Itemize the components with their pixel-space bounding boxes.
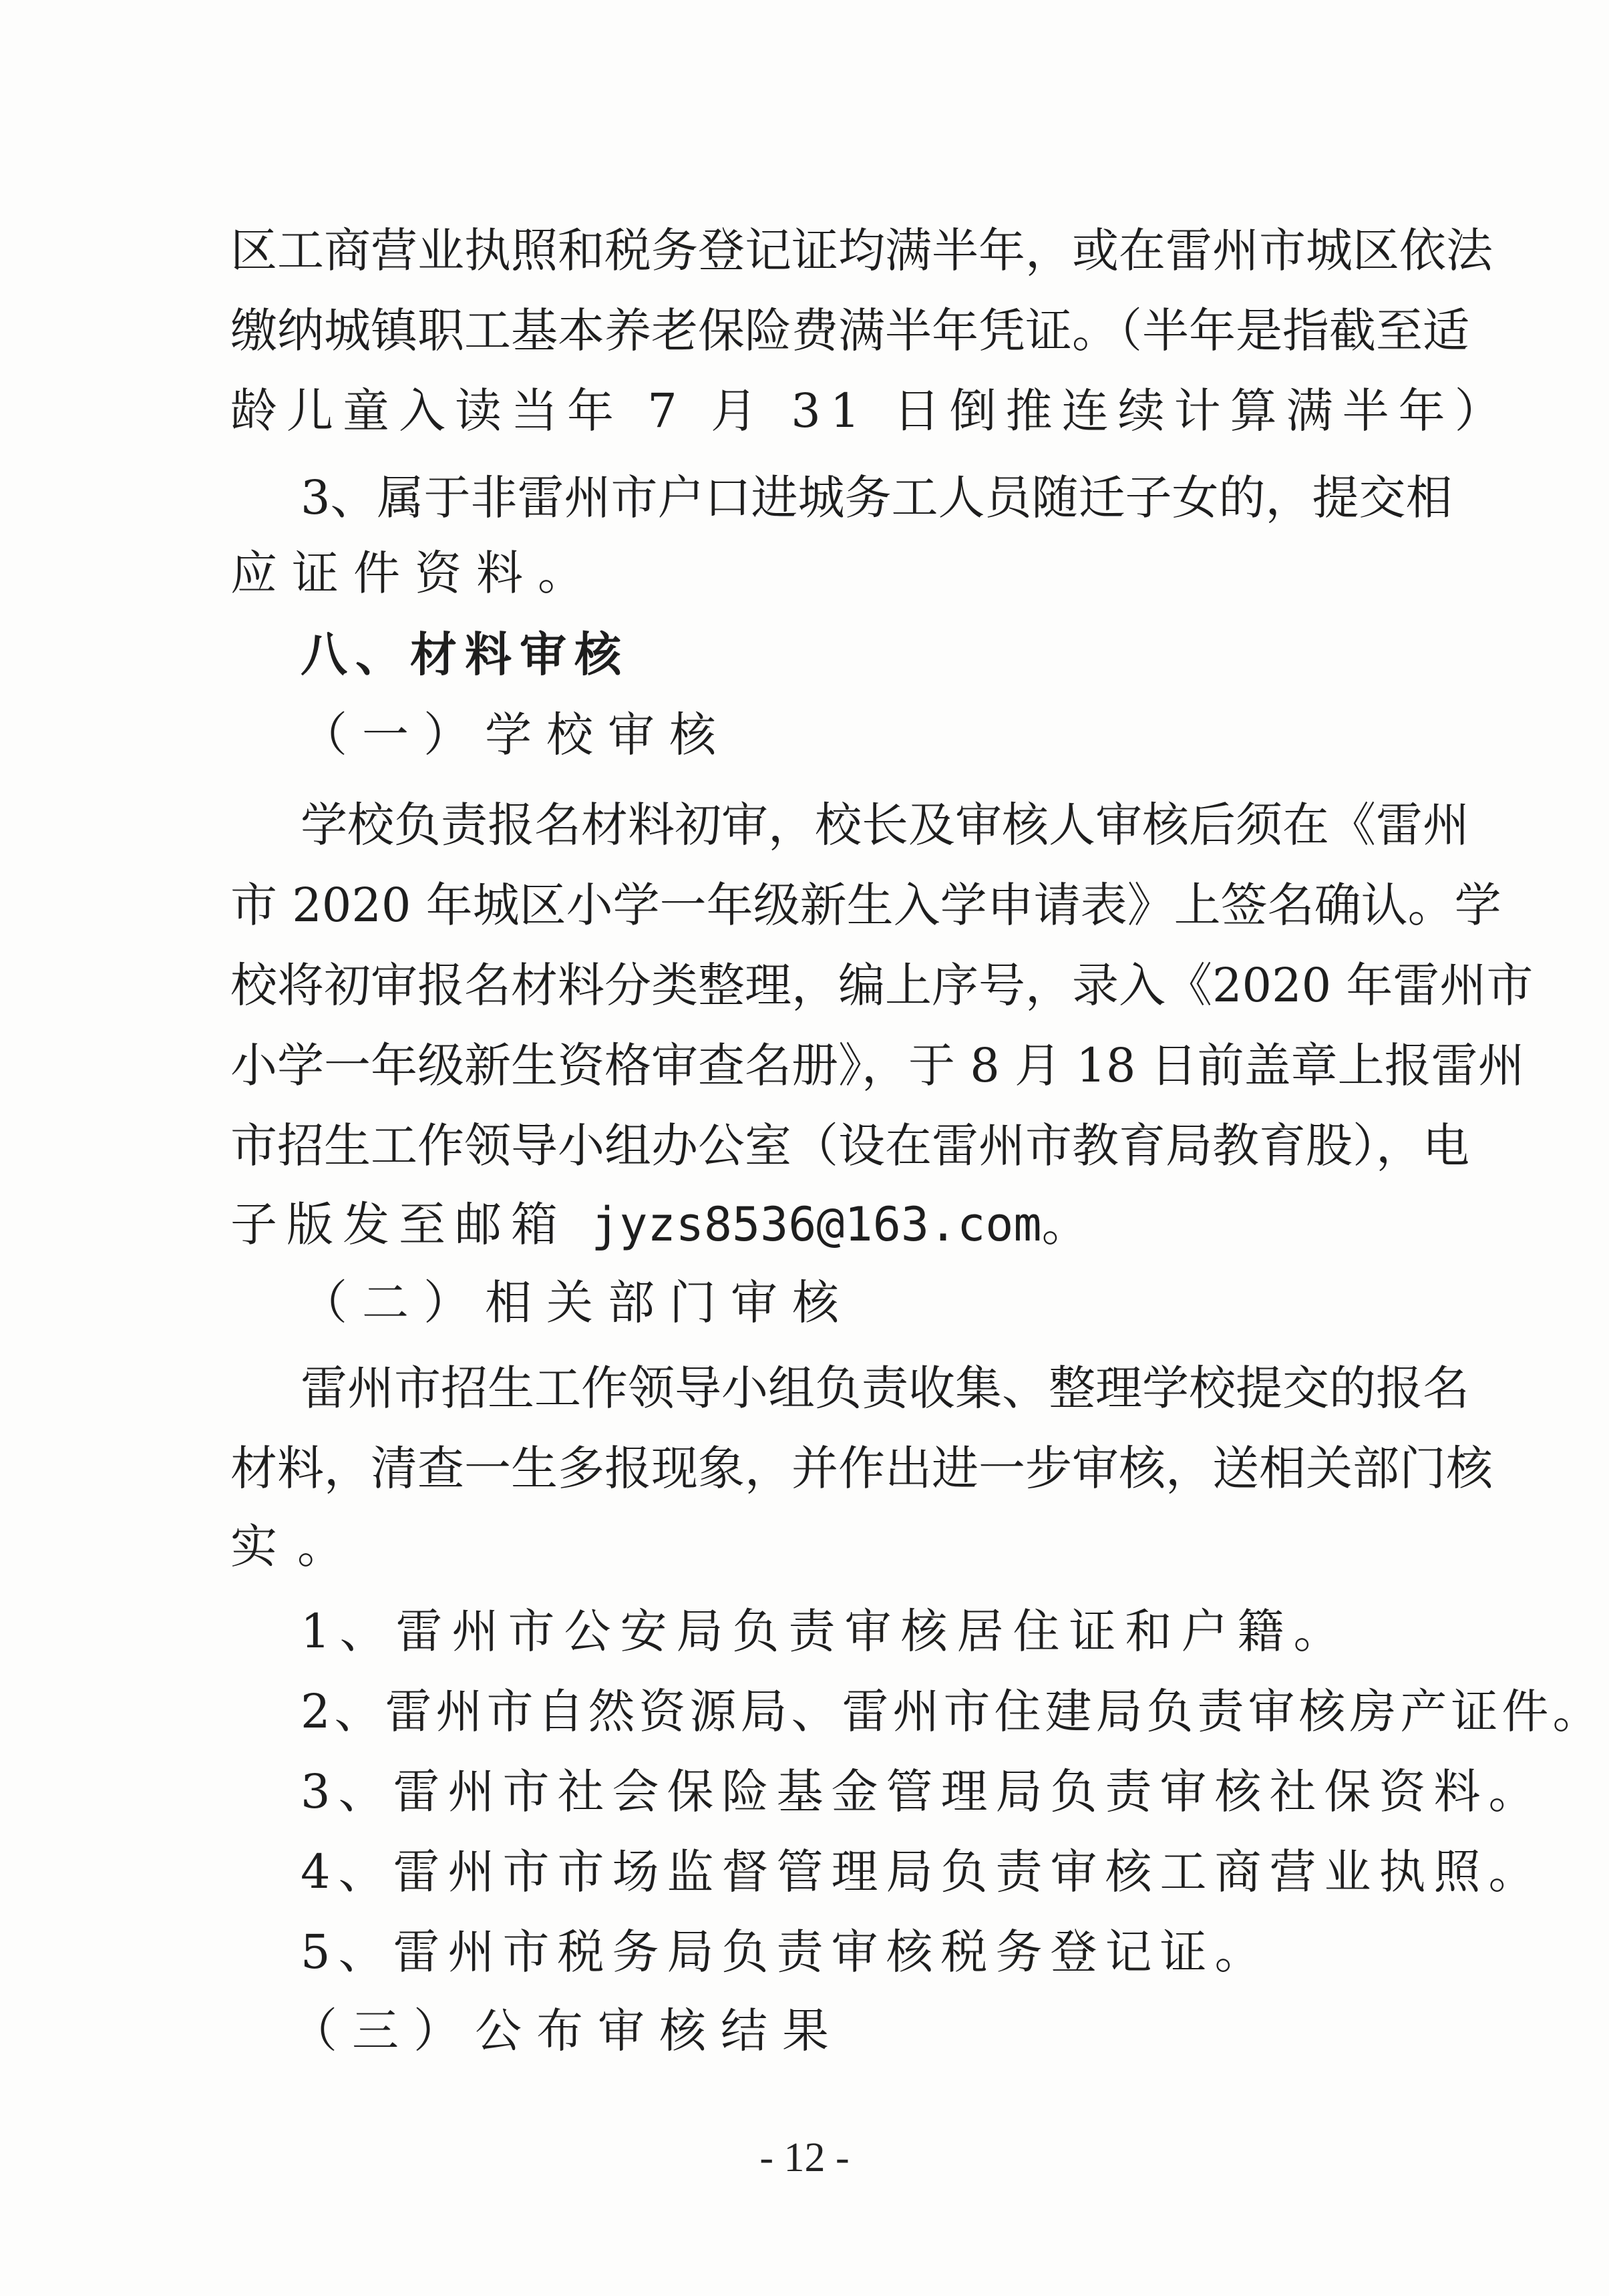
page-number: - 12 - — [0, 2134, 1609, 2181]
paragraph-line: 区工商营业执照和税务登记证均满半年，或在雷州市城区依法 — [230, 217, 1419, 284]
email-address: jyzs8536@163.com — [591, 1197, 1041, 1252]
paragraph-line: 市 2020 年城区小学一年级新生入学申请表》上签名确认。学 — [230, 872, 1419, 939]
list-item-line: 应证件资料。 — [230, 540, 1419, 607]
list-item: 3、雷州市社会保险基金管理局负责审核社保资料。 — [301, 1758, 1419, 1825]
paragraph-line: 缴纳城镇职工基本养老保险费满半年凭证。（半年是指截至适 — [230, 297, 1419, 364]
paragraph-text: 子版发至邮箱 — [230, 1197, 591, 1252]
list-item-line: 3、属于非雷州市户口进城务工人员随迁子女的，提交相 — [301, 464, 1419, 531]
list-item: 5、雷州市税务局负责审核税务登记证。 — [301, 1919, 1419, 1985]
subsection-title: （三）公布审核结果 — [291, 1997, 1409, 2064]
paragraph-line: 校将初审报名材料分类整理，编上序号，录入《2020 年雷州市 — [230, 952, 1419, 1019]
document-page: 区工商营业执照和税务登记证均满半年，或在雷州市城区依法 缴纳城镇职工基本养老保险… — [0, 0, 1609, 2296]
paragraph-line: 小学一年级新生资格审查名册》，于 8 月 18 日前盖章上报雷州 — [230, 1032, 1419, 1099]
subsection-title: （二）相关部门审核 — [301, 1269, 1419, 1336]
list-item: 2、雷州市自然资源局、雷州市住建局负责审核房产证件。 — [301, 1678, 1419, 1745]
section-heading: 八、材料审核 — [301, 621, 1419, 688]
paragraph-line: 雷州市招生工作领导小组负责收集、整理学校提交的报名 — [301, 1355, 1419, 1422]
subsection-title: （一）学校审核 — [301, 701, 1419, 768]
paragraph-line: 材料，清查一生多报现象，并作出进一步审核，送相关部门核 — [230, 1435, 1419, 1502]
paragraph-line: 龄儿童入读当年 7 月 31 日倒推连续计算满半年） — [230, 377, 1419, 444]
paragraph-line: 学校负责报名材料初审，校长及审核人审核后须在《雷州 — [301, 792, 1419, 858]
list-item: 1、雷州市公安局负责审核居住证和户籍。 — [301, 1598, 1419, 1665]
paragraph-line: 子版发至邮箱 jyzs8536@163.com。 — [230, 1191, 1419, 1258]
list-item: 4、雷州市市场监督管理局负责审核工商营业执照。 — [301, 1838, 1419, 1905]
paragraph-text: 。 — [1042, 1197, 1098, 1252]
paragraph-line: 实。 — [230, 1513, 1419, 1580]
paragraph-line: 市招生工作领导小组办公室（设在雷州市教育局教育股），电 — [230, 1112, 1419, 1179]
